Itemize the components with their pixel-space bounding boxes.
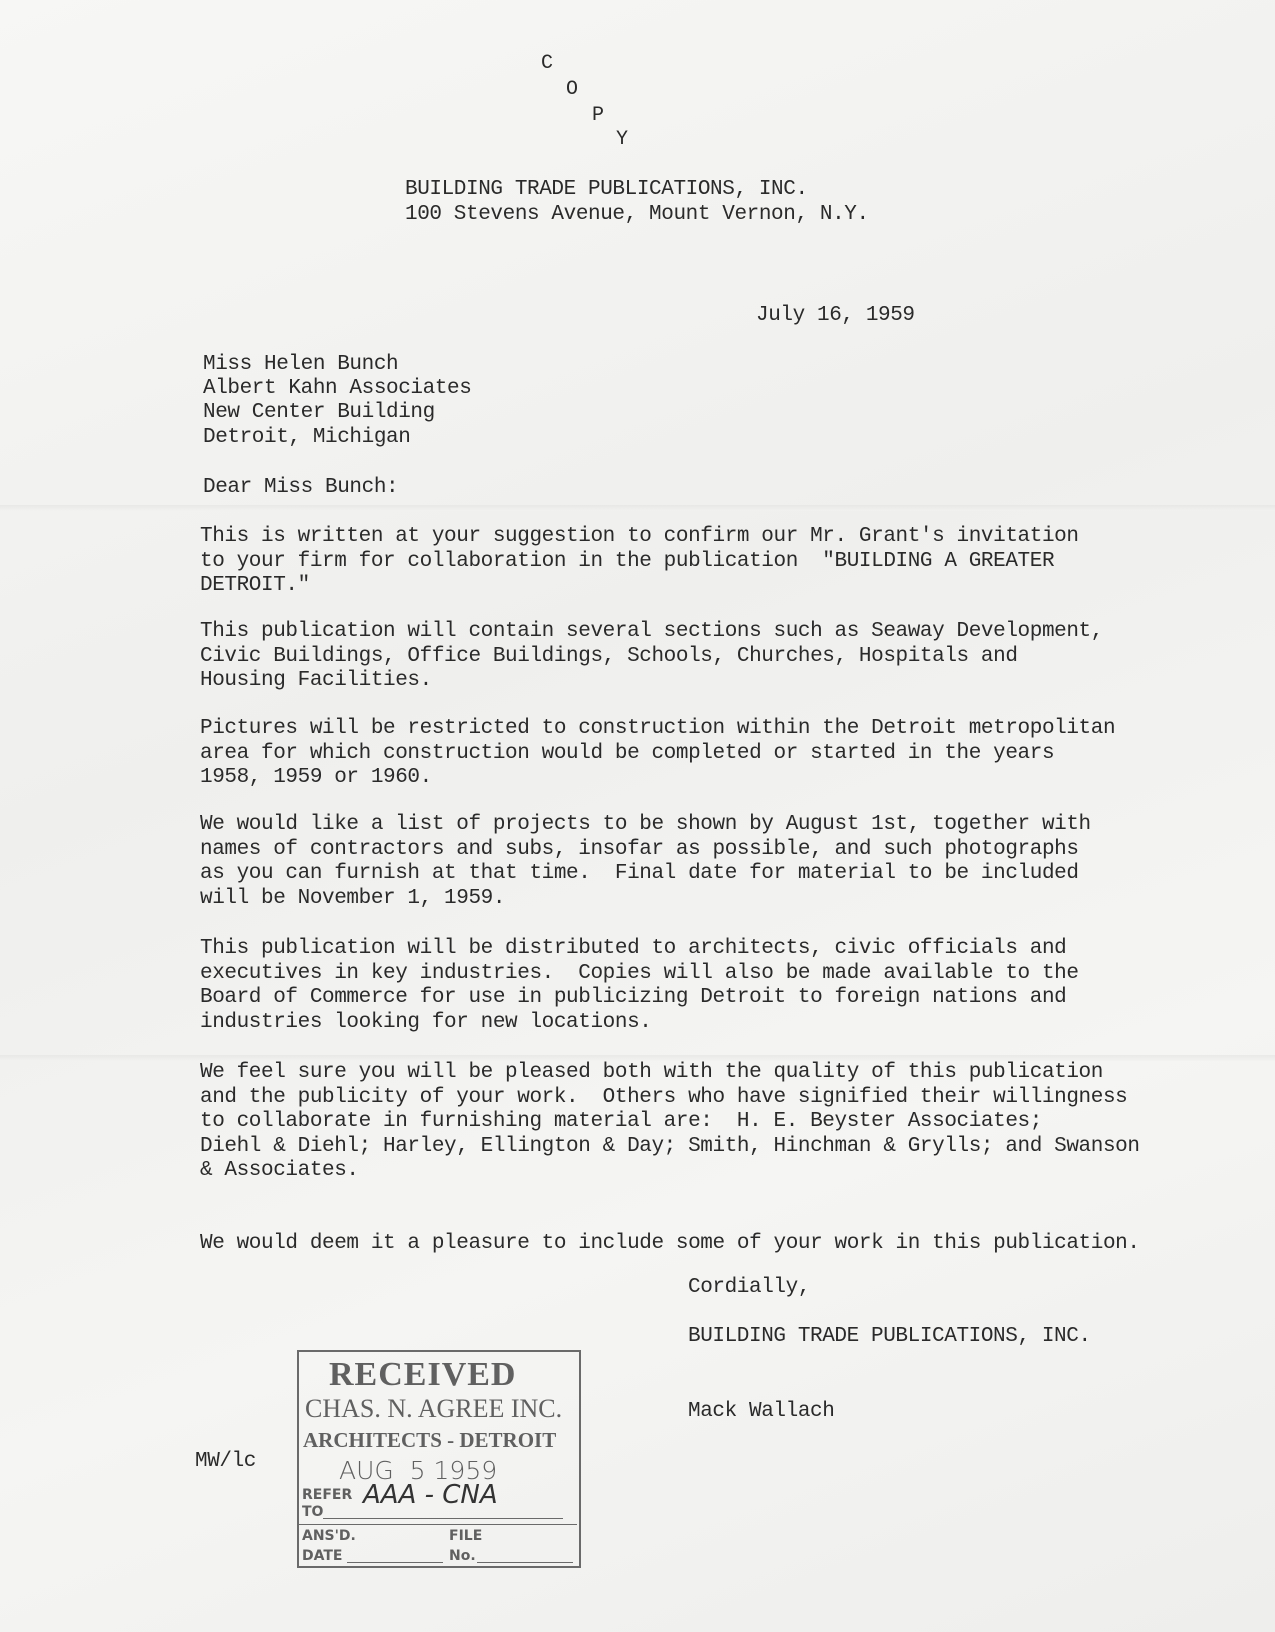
copy-letter: Y xyxy=(616,128,628,151)
body-line: and the publicity of your work. Others w… xyxy=(200,1086,1127,1111)
body-line: industries looking for new locations. xyxy=(200,1011,651,1036)
copy-letter: C xyxy=(541,52,553,75)
letter-page: C O P Y BUILDING TRADE PUBLICATIONS, INC… xyxy=(0,0,1275,1632)
body-line: as you can furnish at that time. Final d… xyxy=(200,862,1079,887)
stamp-title: RECEIVED xyxy=(329,1356,516,1394)
body-line: to collaborate in furnishing material ar… xyxy=(200,1110,1042,1135)
body-line: executives in key industries. Copies wil… xyxy=(200,962,1079,987)
body-line: Diehl & Diehl; Harley, Ellington & Day; … xyxy=(200,1135,1140,1160)
body-line: Civic Buildings, Office Buildings, Schoo… xyxy=(200,645,1018,670)
complimentary-close: Cordially, xyxy=(688,1276,810,1301)
stamp-ansd-label: ANS'D. xyxy=(302,1528,356,1544)
body-line: will be November 1, 1959. xyxy=(200,887,505,912)
recipient-line: Albert Kahn Associates xyxy=(203,377,471,402)
body-line: Board of Commerce for use in publicizing… xyxy=(200,986,1066,1011)
recipient-line: Detroit, Michigan xyxy=(203,426,410,451)
body-line: Pictures will be restricted to construct… xyxy=(200,717,1115,742)
stamp-no-label: No. xyxy=(449,1548,476,1564)
received-stamp: RECEIVED CHAS. N. AGREE INC. ARCHITECTS … xyxy=(297,1350,581,1568)
letterhead-address: 100 Stevens Avenue, Mount Vernon, N.Y. xyxy=(405,203,869,228)
recipient-line: Miss Helen Bunch xyxy=(203,353,398,378)
stamp-subtitle: ARCHITECTS - DETROIT xyxy=(303,1428,556,1453)
stamp-file-label: FILE xyxy=(449,1528,482,1544)
stamp-firm: CHAS. N. AGREE INC. xyxy=(305,1394,562,1424)
recipient-line: New Center Building xyxy=(203,401,435,426)
body-line: 1958, 1959 or 1960. xyxy=(200,766,432,791)
typist-initials: MW/lc xyxy=(195,1450,256,1475)
body-line: We would deem it a pleasure to include s… xyxy=(200,1232,1140,1257)
salutation: Dear Miss Bunch: xyxy=(203,476,398,501)
body-line: We feel sure you will be pleased both wi… xyxy=(200,1061,1103,1086)
signer-name: Mack Wallach xyxy=(688,1400,834,1425)
letterhead-company: BUILDING TRADE PUBLICATIONS, INC. xyxy=(405,178,808,203)
body-line: & Associates. xyxy=(200,1159,359,1184)
body-line: Housing Facilities. xyxy=(200,669,432,694)
stamp-date-label: DATE xyxy=(302,1548,342,1564)
closing-company: BUILDING TRADE PUBLICATIONS, INC. xyxy=(688,1325,1091,1350)
body-line: area for which construction would be com… xyxy=(200,742,1054,767)
body-line: to your firm for collaboration in the pu… xyxy=(200,550,1054,575)
letter-date: July 16, 1959 xyxy=(756,304,915,329)
copy-letter: O xyxy=(566,78,578,101)
copy-letter: P xyxy=(592,104,604,127)
stamp-refer-value: AAA - CNA xyxy=(363,1480,498,1510)
body-line: names of contractors and subs, insofar a… xyxy=(200,838,1079,863)
paper-fold xyxy=(0,505,1275,511)
body-line: DETROIT." xyxy=(200,574,310,599)
stamp-refer-label: REFER xyxy=(302,1487,352,1503)
stamp-to-label: TO xyxy=(302,1504,323,1520)
body-line: We would like a list of projects to be s… xyxy=(200,813,1091,838)
body-line: This is written at your suggestion to co… xyxy=(200,525,1079,550)
body-line: This publication will contain several se… xyxy=(200,620,1103,645)
body-line: This publication will be distributed to … xyxy=(200,937,1066,962)
